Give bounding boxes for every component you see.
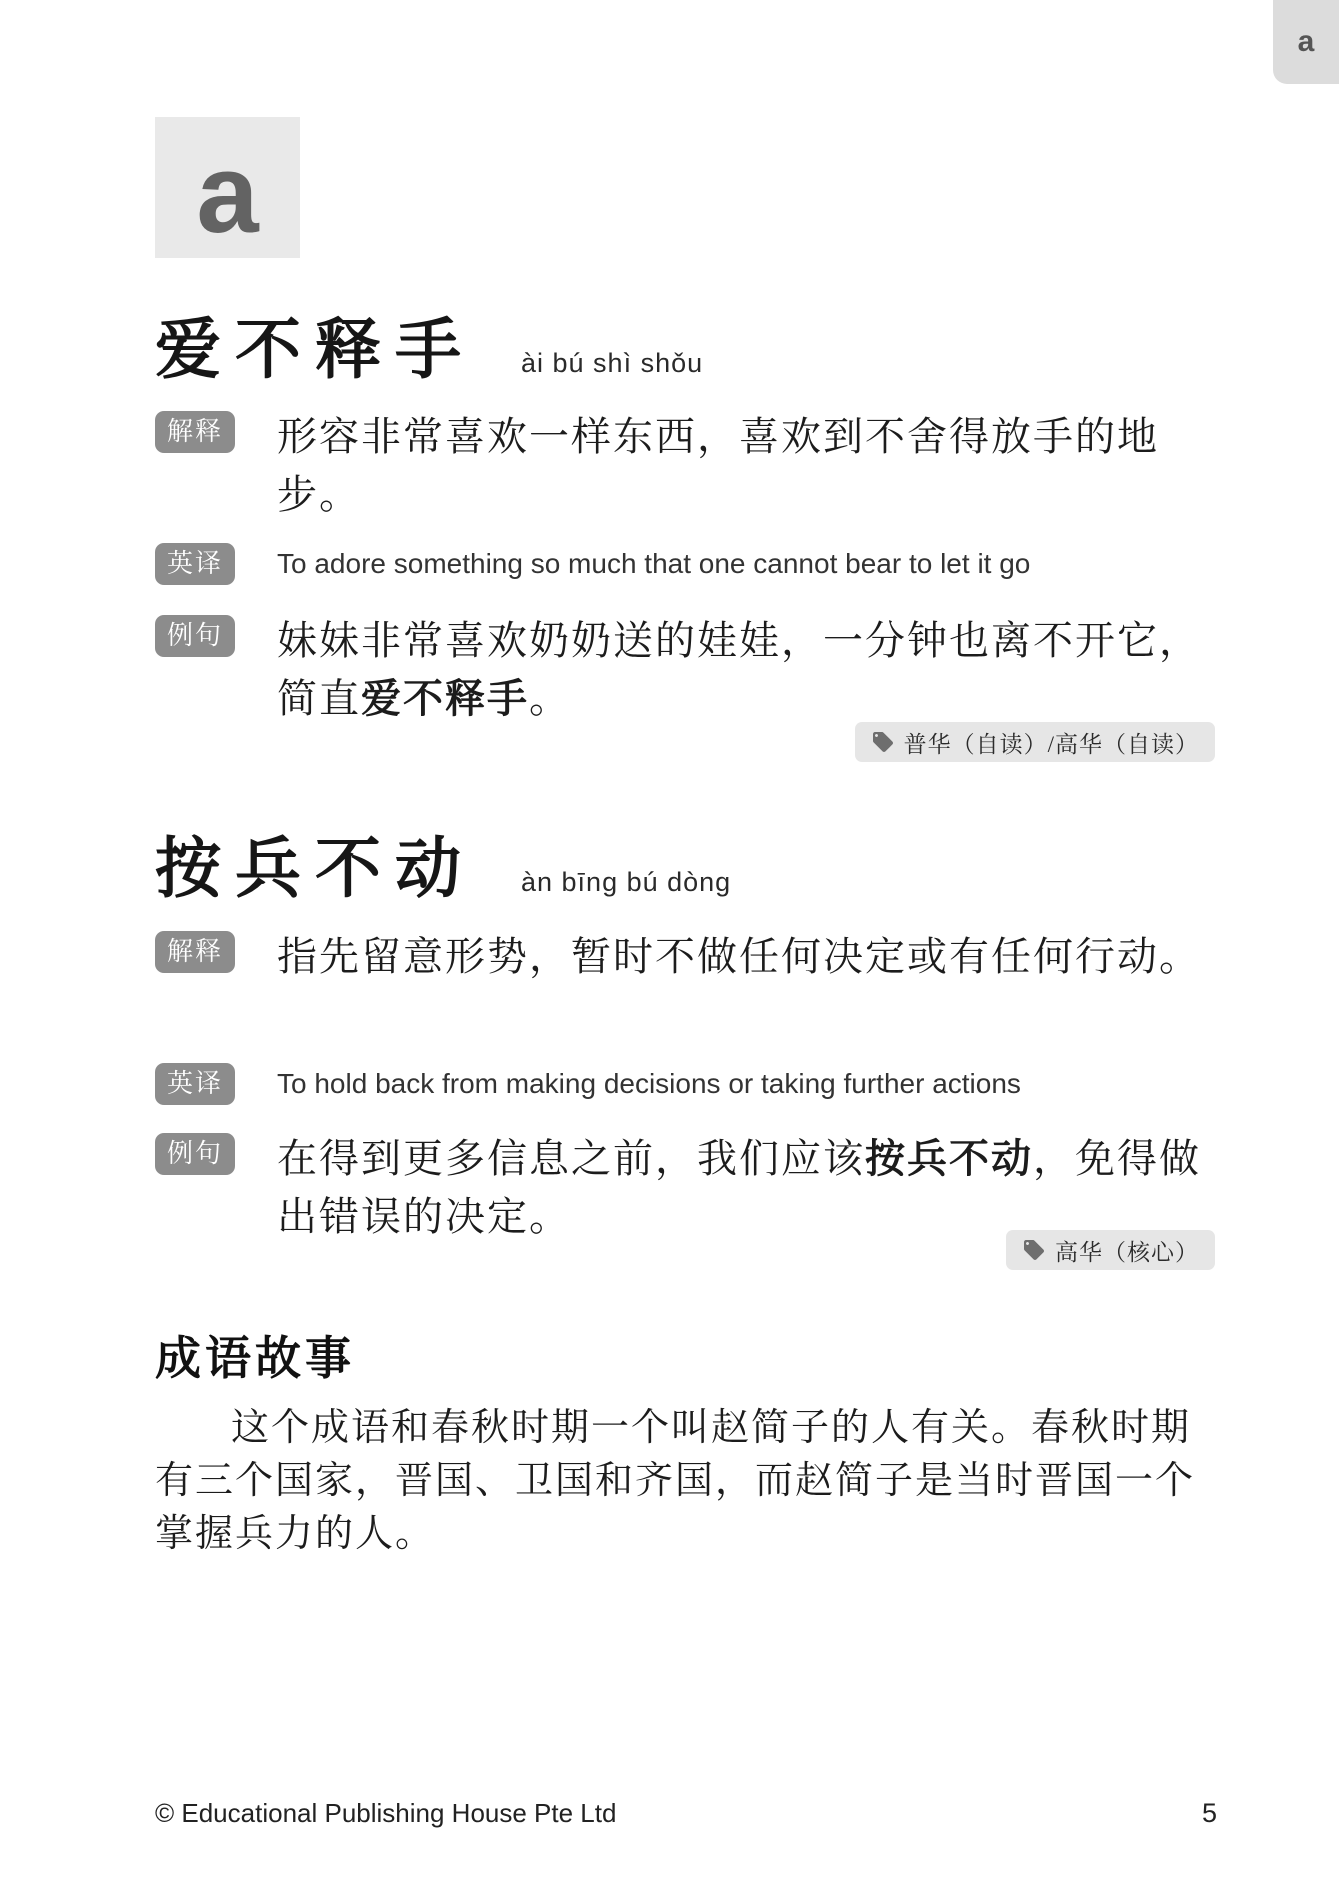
- idiom-pinyin: àn bīng bú dòng: [521, 867, 731, 898]
- explanation-row: 解释 指先留意形势，暂时不做任何决定或有任何行动。: [155, 928, 1217, 986]
- example-idiom-bold: 按兵不动: [865, 1136, 1033, 1181]
- example-label: 例句: [155, 1133, 235, 1175]
- level-tag: 普华（自读）/高华（自读）: [855, 722, 1215, 762]
- translation-label: 英译: [155, 543, 235, 585]
- example-idiom-bold: 爱不释手: [361, 676, 529, 721]
- idiom-headword: 爱不释手: [155, 296, 475, 391]
- translation-text: To hold back from making decisions or ta…: [277, 1060, 1217, 1102]
- story-paragraph: 这个成语和春秋时期一个叫赵简子的人有关。春秋时期有三个国家，晋国、卫国和齐国，而…: [155, 1402, 1217, 1562]
- story-section-heading: 成语故事: [155, 1322, 355, 1388]
- level-tag-text: 高华（核心）: [1055, 1234, 1199, 1267]
- translation-row: 英译 To adore something so much that one c…: [155, 540, 1217, 585]
- explanation-text: 形容非常喜欢一样东西，喜欢到不舍得放手的地步。: [277, 408, 1217, 524]
- explanation-label: 解释: [155, 411, 235, 453]
- tag-icon: [871, 730, 895, 754]
- example-row: 例句 妹妹非常喜欢奶奶送的娃娃，一分钟也离不开它，简直爱不释手。: [155, 612, 1217, 728]
- explanation-label: 解释: [155, 931, 235, 973]
- example-label: 例句: [155, 615, 235, 657]
- translation-row: 英译 To hold back from making decisions or…: [155, 1060, 1217, 1105]
- translation-label: 英译: [155, 1063, 235, 1105]
- example-text-before: 在得到更多信息之前，我们应该: [277, 1136, 865, 1181]
- page-number: 5: [1202, 1798, 1217, 1829]
- corner-tab-letter: a: [1298, 25, 1315, 59]
- explanation-row: 解释 形容非常喜欢一样东西，喜欢到不舍得放手的地步。: [155, 408, 1217, 524]
- example-row: 例句 在得到更多信息之前，我们应该按兵不动，免得做出错误的决定。: [155, 1130, 1217, 1246]
- level-tag: 高华（核心）: [1006, 1230, 1215, 1270]
- translation-text: To adore something so much that one cann…: [277, 540, 1217, 582]
- idiom-pinyin: ài bú shì shǒu: [521, 348, 703, 379]
- copyright-text: © Educational Publishing House Pte Ltd: [155, 1798, 616, 1829]
- dictionary-page: a a 爱不释手 ài bú shì shǒu 解释 形容非常喜欢一样东西，喜欢…: [0, 0, 1339, 1890]
- example-text: 妹妹非常喜欢奶奶送的娃娃，一分钟也离不开它，简直爱不释手。: [277, 612, 1217, 728]
- section-letter-box: a: [155, 117, 300, 258]
- section-letter: a: [196, 138, 258, 250]
- explanation-text: 指先留意形势，暂时不做任何决定或有任何行动。: [277, 928, 1217, 986]
- page-footer: © Educational Publishing House Pte Ltd 5: [155, 1798, 1217, 1829]
- tag-icon: [1022, 1238, 1046, 1262]
- example-text-after: 。: [529, 676, 571, 721]
- idiom-title-row: 按兵不动 àn bīng bú dòng: [155, 815, 731, 910]
- corner-index-tab: a: [1273, 0, 1339, 84]
- example-text: 在得到更多信息之前，我们应该按兵不动，免得做出错误的决定。: [277, 1130, 1217, 1246]
- level-tag-text: 普华（自读）/高华（自读）: [904, 726, 1199, 759]
- idiom-headword: 按兵不动: [155, 815, 475, 910]
- idiom-title-row: 爱不释手 ài bú shì shǒu: [155, 296, 703, 391]
